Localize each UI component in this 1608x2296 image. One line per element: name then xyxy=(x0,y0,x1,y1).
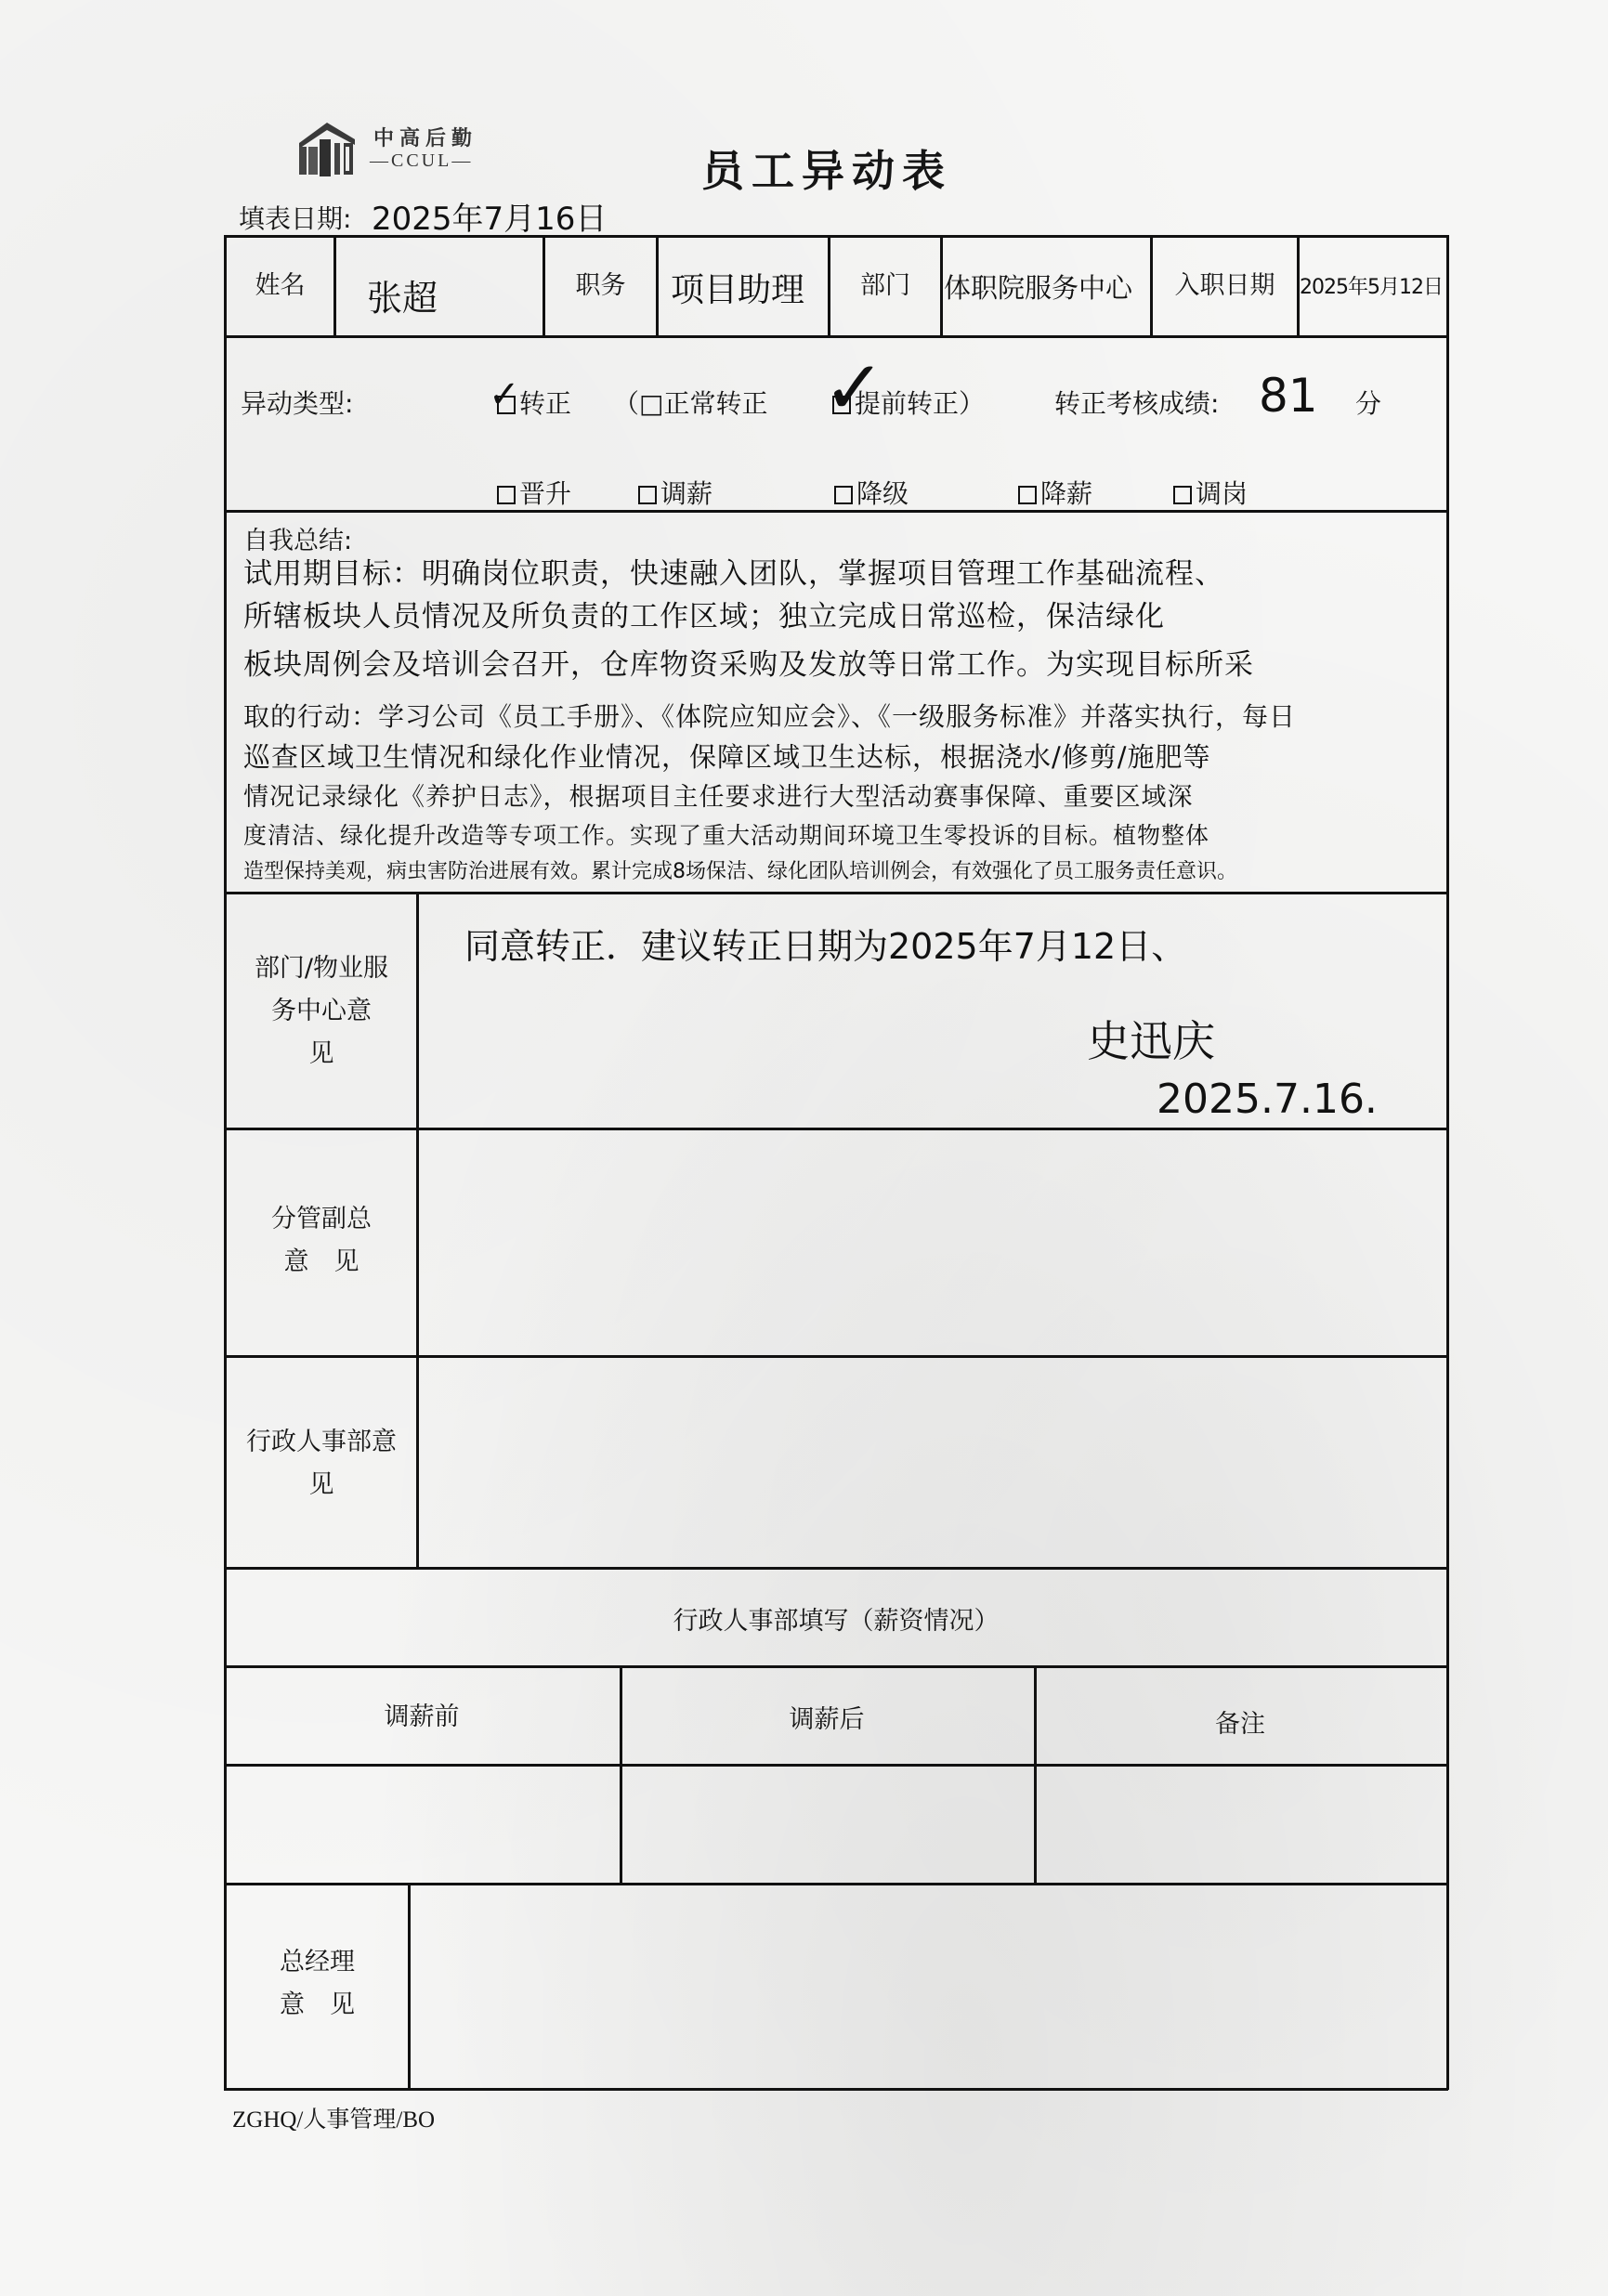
summary-line: 板块周例会及培训会召开，仓库物资采购及发放等日常工作。为实现目标所采 xyxy=(243,641,1442,683)
row-line xyxy=(224,235,1448,238)
summary-line: 造型保持美观，病虫害防治进展有效。累计完成8场保洁、绿化团队培训例会，有效强化了… xyxy=(243,855,1442,884)
name-field[interactable]: 张超 xyxy=(367,269,438,320)
checkbox-salary-cut[interactable]: 降薪 xyxy=(1018,474,1092,511)
col-line xyxy=(416,892,419,1567)
salary-note-field[interactable] xyxy=(1037,1768,1444,1881)
checkmark-icon: ✓ xyxy=(823,351,885,425)
checkbox-normal-regularization[interactable]: （□正常转正 xyxy=(613,384,767,421)
salary-before-header: 调薪前 xyxy=(224,1696,620,1739)
name-label: 姓名 xyxy=(227,265,333,307)
col-line xyxy=(333,235,336,335)
hr-opinion-field[interactable] xyxy=(420,1359,1444,1565)
position-field[interactable]: 项目助理 xyxy=(671,264,804,311)
fill-date-label: 填表日期: xyxy=(239,199,351,236)
col-line xyxy=(940,235,943,335)
checkmark-icon: ✓ xyxy=(489,376,520,413)
vp-opinion-label: 分管副总 意 见 xyxy=(227,1198,416,1284)
department-label: 部门 xyxy=(830,265,940,307)
dept-opinion-label: 部门/物业服 务中心意 见 xyxy=(227,947,416,1076)
summary-line: 度清洁、绿化提升改造等专项工作。实现了重大活动期间环境卫生零投诉的目标。植物整体 xyxy=(243,817,1442,851)
score-label: 转正考核成绩: xyxy=(1054,384,1219,421)
dept-signature: 史迅庆 xyxy=(1087,1008,1215,1069)
change-type-label: 异动类型: xyxy=(241,384,353,421)
col-line xyxy=(656,235,659,335)
checkbox-icon[interactable] xyxy=(638,486,657,504)
summary-line: 情况记录绿化《养护日志》，根据项目主任要求进行大型活动赛事保障、重要区域深 xyxy=(243,776,1442,813)
col-line xyxy=(408,1883,411,2088)
checkbox-icon[interactable] xyxy=(497,486,516,504)
checkbox-icon[interactable] xyxy=(1173,486,1192,504)
logo-text-en: —CCUL— xyxy=(370,150,473,172)
row-line xyxy=(224,1567,1448,1570)
vp-opinion-field[interactable] xyxy=(420,1131,1444,1352)
document-code: ZGHQ/人事管理/BO xyxy=(232,2101,435,2134)
checkbox-icon[interactable] xyxy=(834,486,853,504)
position-label: 职务 xyxy=(545,265,656,307)
hire-date-label: 入职日期 xyxy=(1153,265,1297,307)
checkbox-salary-adjust[interactable]: 调薪 xyxy=(638,474,712,511)
salary-before-field[interactable] xyxy=(227,1768,617,1881)
summary-line: 试用期目标：明确岗位职责，快速融入团队，掌握项目管理工作基础流程、 xyxy=(243,550,1442,592)
summary-line: 巡查区域卫生情况和绿化作业情况，保障区域卫生达标，根据浇水/修剪/施肥等 xyxy=(243,737,1442,775)
row-line xyxy=(224,1764,1448,1767)
form-paper: 中高后勤 —CCUL— 员工异动表 填表日期: 2025年7月16日 xyxy=(0,0,1608,2296)
score-unit: 分 xyxy=(1355,384,1381,421)
summary-line: 取的行动：学习公司《员工手册》、《体院应知应会》、《一级服务标准》并落实执行，每… xyxy=(243,697,1442,734)
checkbox-transfer[interactable]: 调岗 xyxy=(1173,474,1248,511)
hr-opinion-label: 行政人事部意 见 xyxy=(227,1421,416,1507)
salary-after-header: 调薪后 xyxy=(620,1699,1034,1742)
gm-opinion-field[interactable] xyxy=(412,1886,1444,2085)
checkbox-demotion[interactable]: 降级 xyxy=(834,474,909,511)
row-line xyxy=(224,892,1448,894)
row-line xyxy=(224,1355,1448,1358)
company-logo: 中高后勤 —CCUL— xyxy=(295,119,490,178)
row-line xyxy=(224,1665,1448,1668)
summary-line: 所辖板块人员情况及所负责的工作区域；独立完成日常巡检，保洁绿化 xyxy=(243,593,1442,634)
building-logo-icon xyxy=(295,119,359,178)
row-line xyxy=(224,2088,1448,2091)
dept-opinion-comment[interactable]: 同意转正．建议转正日期为2025年7月12日、 xyxy=(464,918,1186,969)
gm-opinion-label: 总经理 意 见 xyxy=(227,1941,408,2027)
row-line xyxy=(224,335,1448,338)
department-field[interactable]: 体职院服务中心 xyxy=(944,267,1132,306)
checkbox-icon[interactable] xyxy=(1018,486,1037,504)
salary-note-header: 备注 xyxy=(1034,1703,1446,1746)
dept-sign-date: 2025.7.16. xyxy=(1157,1076,1378,1123)
fill-date-value[interactable]: 2025年7月16日 xyxy=(372,193,607,239)
row-line xyxy=(224,1128,1448,1130)
salary-after-field[interactable] xyxy=(622,1768,1031,1881)
score-field[interactable]: 81 xyxy=(1259,369,1318,423)
checkbox-promotion[interactable]: 晋升 xyxy=(497,474,571,511)
salary-section-title: 行政人事部填写（薪资情况） xyxy=(224,1600,1448,1643)
table-border-right xyxy=(1446,235,1449,2090)
form-title: 员工异动表 xyxy=(701,137,952,199)
logo-text-cn: 中高后勤 xyxy=(373,123,477,151)
hire-date-field[interactable]: 2025年5月12日 xyxy=(1300,271,1443,300)
